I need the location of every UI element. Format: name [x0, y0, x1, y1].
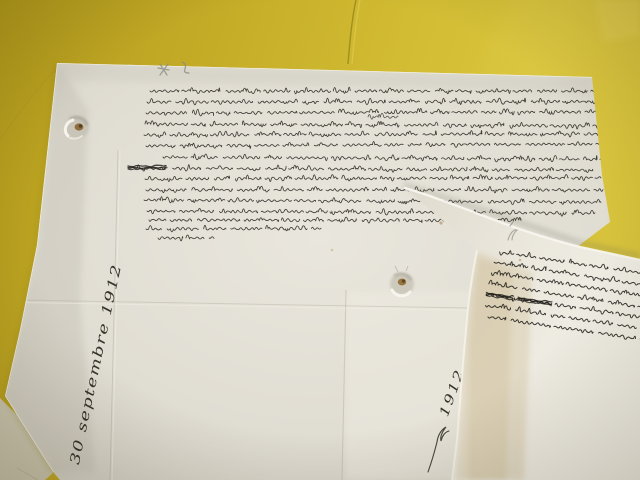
photo-vignette: [0, 0, 640, 480]
photograph: 30 septembre 1912 1912: [0, 0, 640, 480]
letters-photo: 30 septembre 1912 1912: [0, 0, 640, 480]
